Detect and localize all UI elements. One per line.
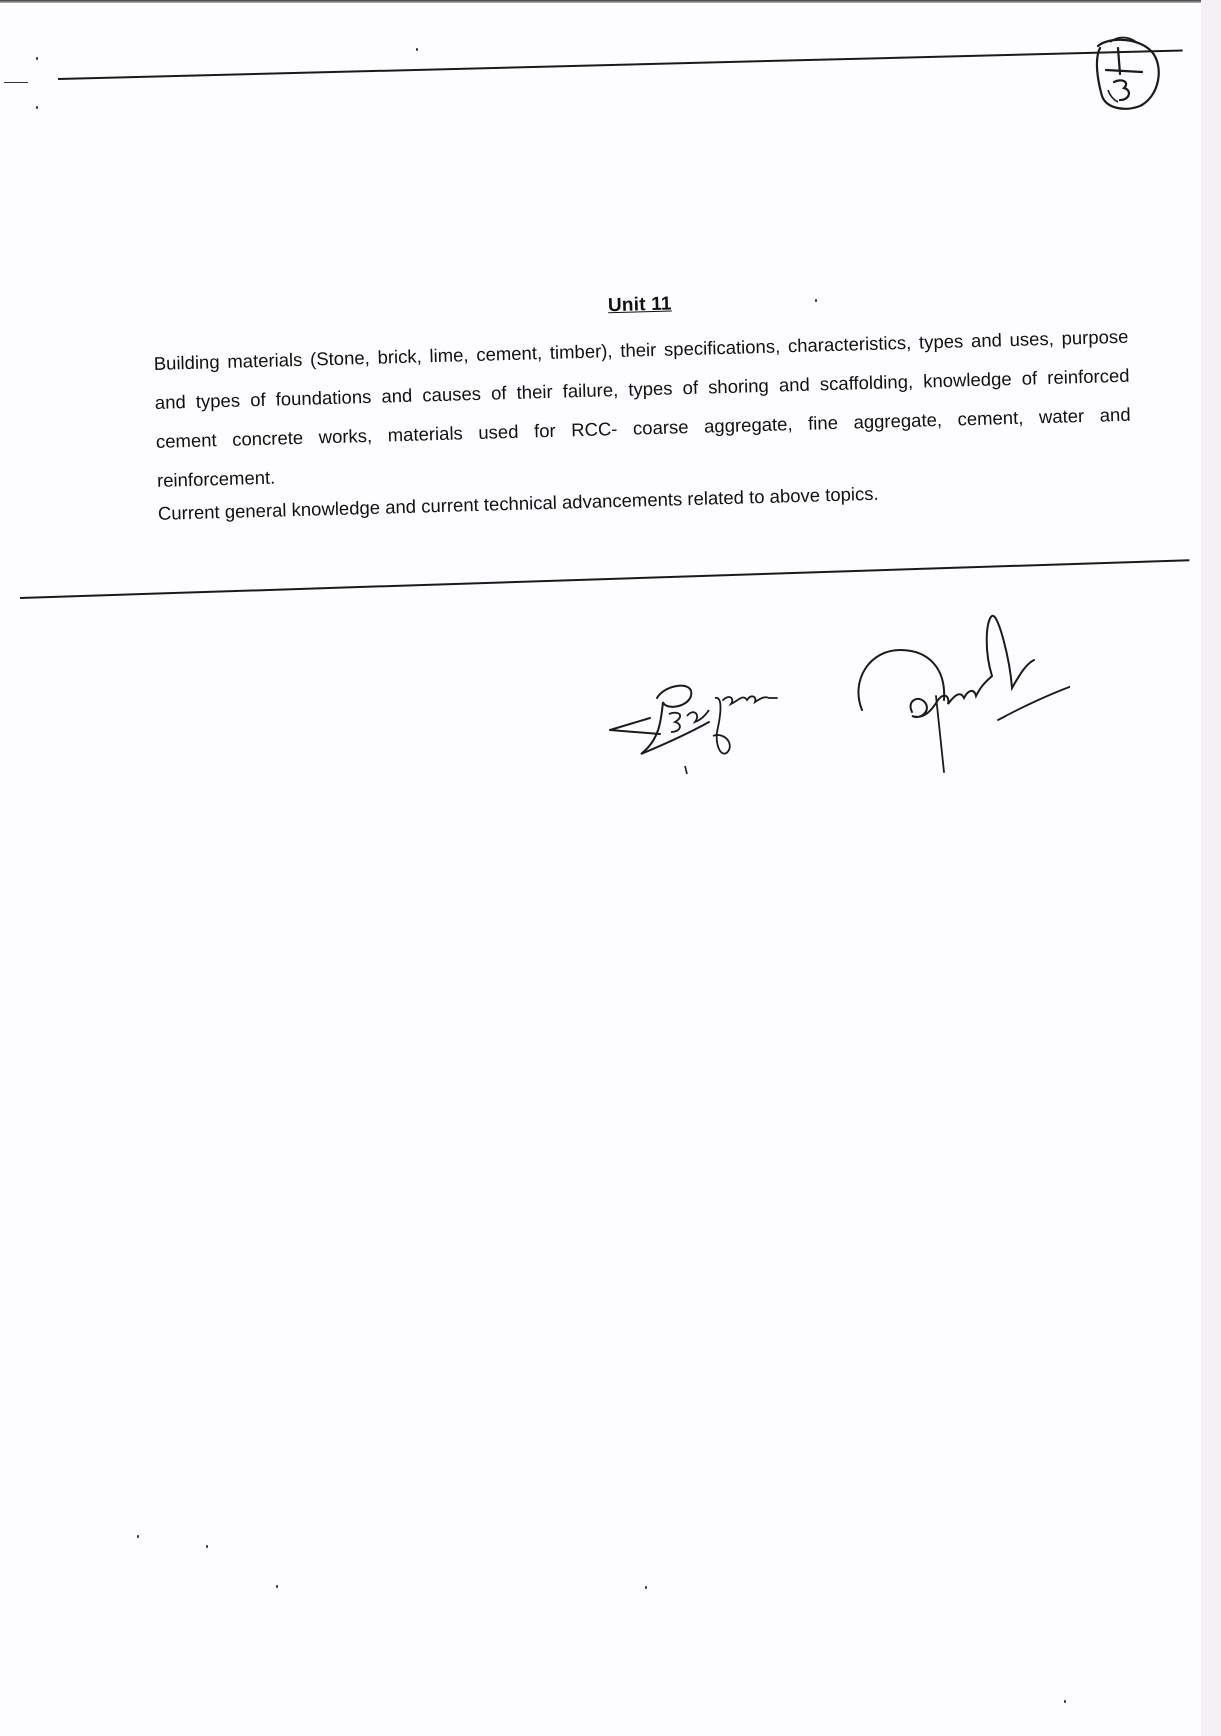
signature-right bbox=[850, 600, 1070, 780]
scan-speck bbox=[276, 1585, 278, 1588]
scan-right-edge bbox=[1201, 0, 1221, 1736]
scan-speck bbox=[416, 48, 418, 51]
scan-speck bbox=[645, 1586, 647, 1589]
scan-speck bbox=[815, 299, 817, 302]
content-end-rule bbox=[20, 559, 1189, 599]
header-rule bbox=[58, 50, 1183, 80]
page-number-mark: 1/3 bbox=[1080, 34, 1176, 114]
signature-left bbox=[605, 670, 795, 785]
scan-speck bbox=[1064, 1700, 1066, 1703]
scan-top-edge bbox=[0, 0, 1221, 3]
scan-speck bbox=[206, 1545, 208, 1548]
scan-speck bbox=[36, 106, 38, 109]
scan-speck bbox=[36, 57, 38, 60]
header-rule-stub bbox=[4, 82, 28, 83]
syllabus-content: Unit 11 Building materials (Stone, brick… bbox=[152, 273, 1133, 528]
scan-speck bbox=[137, 1535, 139, 1538]
unit-description: Building materials (Stone, brick, lime, … bbox=[153, 317, 1132, 500]
